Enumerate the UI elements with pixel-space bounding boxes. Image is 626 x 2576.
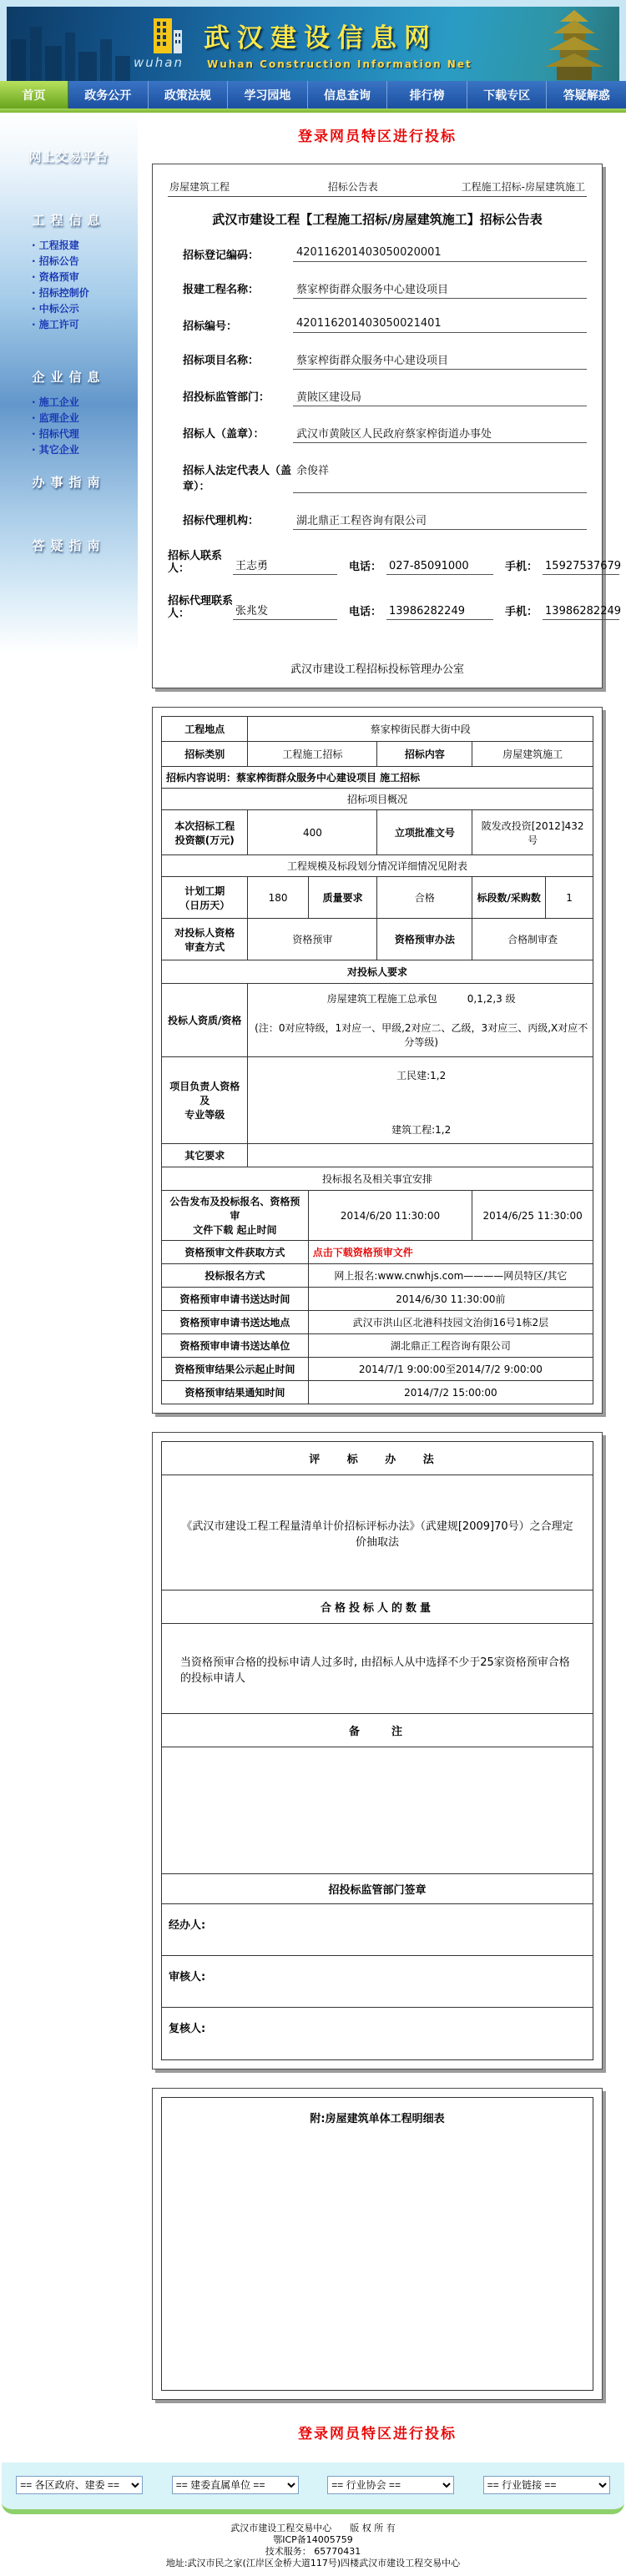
phone-label: 电话： [337,557,386,575]
pagoda-icon [535,8,614,80]
field-label: 招标项目名称： [168,351,293,370]
qualification-line2: (注：0对应特级，1对应一、甲级,2对应二、乙级，3对应三、丙级,X对应不分等级… [254,1021,588,1049]
attachment-area: 附:房屋建筑单体工程明细表 [161,2097,593,2391]
form-corner-center: 招标公告表 [291,179,413,194]
quality-requirement: 合格 [377,877,472,919]
section-header-qualified-bidder-count: 合格投标人的数量 [162,1590,593,1624]
project-manager-qualification-cell: 工民建:1,2 建筑工程:1,2 [248,1057,593,1144]
field-label: 招标人法定代表人（盖章）： [168,461,293,493]
handler-sign-row: 经办人: [162,1904,593,1956]
table-row: 对投标人要求 [162,960,593,984]
scale-section-note: 工程规模及标段划分情况详细情况见附表 [162,855,593,877]
table-row: 招标类别 工程施工招标 招标内容 房屋建筑施工 [162,742,593,767]
sidebar-item-bid-announcement[interactable]: · 招标公告 [32,254,89,270]
site-banner: wuhan 武汉建设信息网 Wuhan Construction Informa… [7,7,619,81]
remarks-cell [162,1747,593,1874]
project-registered-name: 蔡家榨街群众服务中心建设项目 [293,280,587,299]
row-label: 资格预审申请书送达地点 [162,1311,309,1334]
page: wuhan 武汉建设信息网 Wuhan Construction Informa… [0,0,626,2576]
sidebar-item-prequalification[interactable]: · 资格预审 [32,270,89,285]
row-label: 资格预审申请书送达单位 [162,1334,309,1358]
field-label: 招标人（盖章）： [168,425,293,443]
field-row: 招标人（盖章）：武汉市黄陂区人民政府蔡家榨街道办事处 [168,425,587,443]
announcement-start-time: 2014/6/20 11:30:00 [308,1191,472,1241]
login-member-zone-link-top[interactable]: 登录网员特区进行投标 [152,124,603,145]
main-nav: 首页 政务公开 政策法规 学习园地 信息查询 排行榜 下载专区 答疑解惑 [0,81,626,108]
form-corner-left: 房屋建筑工程 [169,179,291,194]
bid-number: 420116201403050021401 [293,317,587,333]
copyright-line: 武汉市建设工程交易中心 版 权 所 有 [0,2523,626,2534]
field-row: 招标人法定代表人（盖章）：余俊祥 [168,461,587,493]
attachment-title: 附:房屋建筑单体工程明细表 [162,2098,593,2125]
nav-item-policy[interactable]: 政策法规 [149,81,229,108]
agency-contact-row: 招标代理联系人： 张兆发 电话： 13986282249 手机： 1398628… [168,595,587,620]
row-label: 立项批准文号 [377,810,472,855]
table-row: 本次招标工程 投资额(万元) 400 立项批准文号 陂发改投资[2012]432… [162,810,593,855]
table-row: 计划工期 （日历天） 180 质量要求 合格 标段数/采购数 1 [162,877,593,919]
sidebar-section-faq-guide: 答疑指南 [0,537,138,554]
tenderer-contact-mobile: 15927537679 [543,560,619,575]
nav-item-faq[interactable]: 答疑解惑 [547,81,626,108]
attachment-box: 附:房屋建筑单体工程明细表 [152,2088,603,2400]
sidebar-item-other-enterprise[interactable]: · 其它企业 [32,442,79,458]
bid-agency-name: 湖北鼎正工程咨询有限公司 [293,512,587,530]
content-area: 网上交易平台 工程信息 · 工程报建 · 招标公告 · 资格预审 · 招标控制价… [0,113,626,2442]
table-row: 投标人资质/资格 房屋建筑工程施工总承包 0,1,2,3 级 (注：0对应特级，… [162,984,593,1057]
tenderer-name: 武汉市黄陂区人民政府蔡家榨街道办事处 [293,425,587,443]
issuing-office: 武汉市建设工程招标投标管理办公室 [168,660,587,676]
nav-item-learning[interactable]: 学习园地 [228,81,308,108]
table-row: 招标内容说明：蔡家榨街群众服务中心建设项目 施工招标 [162,767,593,789]
table-row: 项目负责人资格及 专业等级 工民建:1,2 建筑工程:1,2 [162,1057,593,1144]
form-corner-right: 工程施工招标-房屋建筑施工 [414,179,585,194]
bid-content-description: 招标内容说明：蔡家榨街群众服务中心建设项目 施工招标 [162,767,593,789]
bid-registration-code: 420116201403050020001 [293,246,587,262]
row-label: 本次招标工程 投资额(万元) [162,810,248,855]
pm-qualification-line1: 工民建:1,2 [254,1068,588,1082]
building-logo-icon [149,15,185,57]
bid-announcement-form: 房屋建筑工程 招标公告表 工程施工招标-房屋建筑施工 武汉市建设工程【工程施工招… [152,164,603,688]
tenderer-contact-name: 王志勇 [233,557,337,575]
qualification-line1: 房屋建筑工程施工总承包 0,1,2,3 级 [254,991,588,1006]
sidebar-item-winning-publicity[interactable]: · 中标公示 [32,301,89,317]
sidebar-links-project: · 工程报建 · 招标公告 · 资格预审 · 招标控制价 · 中标公示 · 施工… [32,238,89,333]
row-label: 其它要求 [162,1144,248,1167]
industry-association-dropdown[interactable]: == 行业协会 == [327,2476,454,2494]
sidebar-item-supervision-enterprise[interactable]: · 监理企业 [32,411,79,426]
table-row: 资格预审申请书送达单位 湖北鼎正工程咨询有限公司 [162,1334,593,1358]
field-row: 报建工程名称：蔡家榨街群众服务中心建设项目 [168,280,587,299]
row-label: 招标内容 [377,742,472,767]
agency-contact-mobile: 13986282249 [543,605,619,620]
field-row: 招标项目名称：蔡家榨街群众服务中心建设项目 [168,351,587,370]
field-label: 招标登记编码： [168,246,293,262]
project-location: 蔡家榨街民群大街中段 [248,717,593,742]
site-subtitle: Wuhan Construction Information Net [207,58,472,70]
supervision-department: 黄陂区建设局 [293,388,587,406]
tenderer-contact-row: 招标人联系人： 王志勇 电话： 027-85091000 手机： 1592753… [168,550,587,575]
agency-contact-name: 张兆发 [233,602,337,620]
prequalification-publicity-period: 2014/7/1 9:00:00至2014/7/2 9:00:00 [308,1358,593,1381]
row-label: 资格预审申请书送达时间 [162,1288,309,1311]
section-header-registration-arrangement: 投标报名及相关事宜安排 [162,1167,593,1191]
prequalification-result-notice-time: 2014/7/2 15:00:00 [308,1381,593,1404]
field-label: 招标编号： [168,317,293,333]
table-row: 资格预审申请书送达时间 2014/6/30 11:30:00前 [162,1288,593,1311]
district-gov-dropdown[interactable]: == 各区政府、建委 == [16,2476,143,2494]
field-row: 招标编号：420116201403050021401 [168,317,587,333]
row-label: 计划工期 （日历天） [162,877,248,919]
sidebar: 网上交易平台 工程信息 · 工程报建 · 招标公告 · 资格预审 · 招标控制价… [0,113,138,653]
row-label: 资格预审办法 [377,919,472,960]
sidebar-item-bid-agency[interactable]: · 招标代理 [32,426,79,442]
table-row: 公告发布及投标报名、资格预审 文件下载 起止时间 2014/6/20 11:30… [162,1191,593,1241]
nav-item-download[interactable]: 下载专区 [467,81,548,108]
qualification-review-method: 资格预审 [248,919,377,960]
prequalification-method: 合格制审查 [472,919,593,960]
main-column: 登录网员特区进行投标 房屋建筑工程 招标公告表 工程施工招标-房屋建筑施工 武汉… [152,113,603,2442]
section-count: 1 [546,877,593,919]
field-row: 招标代理机构：湖北鼎正工程咨询有限公司 [168,512,587,530]
section-header-bidder-requirements: 对投标人要求 [162,960,593,984]
supervision-department-seal-label: 招投标监管部门签章 [162,1874,593,1904]
download-prequalification-file-link[interactable]: 点击下载资格预审文件 [313,1247,413,1258]
row-label: 资格预审结果通知时间 [162,1381,309,1404]
sidebar-links-enterprise: · 施工企业 · 监理企业 · 招标代理 · 其它企业 [32,395,79,458]
row-label: 资格预审结果公示起止时间 [162,1358,309,1381]
committee-units-dropdown[interactable]: == 建委直属单位 == [172,2476,299,2494]
table-row: 工程地点 蔡家榨街民群大街中段 [162,717,593,742]
phone-label: 电话： [337,602,386,620]
table-row: 投标报名方式 网上报名:www.cnwhjs.com————网员特区/其它 [162,1264,593,1288]
form-corner-row: 房屋建筑工程 招标公告表 工程施工招标-房屋建筑施工 [168,173,587,197]
nav-item-ranking[interactable]: 排行榜 [387,81,467,108]
row-label: 资格预审文件获取方式 [162,1241,309,1264]
qualified-bidder-count-text: 当资格预审合格的投标申请人过多时, 由招标人从中选择不少于25家资格预审合格的投… [162,1624,593,1714]
agency-contact-phone: 13986282249 [386,605,493,620]
field-row: 招投标监管部门：黄陂区建设局 [168,388,587,406]
wuhan-script-logo: wuhan [134,55,184,70]
contact-label: 招标人联系人： [168,550,233,575]
banner-frame: wuhan 武汉建设信息网 Wuhan Construction Informa… [0,0,626,81]
row-label: 质量要求 [308,877,377,919]
section-header-evaluation-method: 评 标 办 法 [162,1442,593,1475]
table-row: 资格预审申请书送达地点 武汉市洪山区北港科技园文治街16号1栋2层 [162,1311,593,1334]
row-label: 标段数/采购数 [472,877,546,919]
other-requirements [248,1144,593,1167]
table-row: 投标报名及相关事宜安排 [162,1167,593,1191]
field-row: 招标登记编码：420116201403050020001 [168,246,587,262]
reviewer-sign-row: 审核人: [162,1956,593,2008]
nav-item-gov-open[interactable]: 政务公开 [68,81,149,108]
contact-label: 招标代理联系人： [168,595,233,620]
section-header-project-overview: 招标项目概况 [162,789,593,810]
nav-item-home[interactable]: 首页 [0,81,68,108]
bid-project-name: 蔡家榨街群众服务中心建设项目 [293,351,587,370]
bid-detail-table-box: 工程地点 蔡家榨街民群大街中段 招标类别 工程施工招标 招标内容 房屋建筑施工 … [152,707,603,1414]
table-row: 招标项目概况 [162,789,593,810]
section-header-remarks: 备 注 [162,1714,593,1747]
row-label: 项目负责人资格及 专业等级 [162,1057,248,1144]
mobile-label: 手机： [493,557,543,575]
row-label: 公告发布及投标报名、资格预审 文件下载 起止时间 [162,1191,309,1241]
industry-links-dropdown[interactable]: == 行业链接 == [483,2476,610,2494]
bid-detail-table: 工程地点 蔡家榨街民群大街中段 招标类别 工程施工招标 招标内容 房屋建筑施工 … [161,716,593,1404]
sidebar-section-service-guide: 办事指南 [0,473,138,491]
friendly-links-band: == 各区政府、建委 == == 建委直属单位 == == 行业协会 == ==… [2,2463,624,2514]
investment-amount: 400 [248,810,377,855]
row-label: 投标人资质/资格 [162,984,248,1057]
announcement-end-time: 2014/6/25 11:30:00 [472,1191,593,1241]
legal-representative: 余俊祥 [293,461,587,493]
bid-category: 工程施工招标 [248,742,377,767]
sidebar-platform-title: 网上交易平台 [0,148,138,165]
table-row: 对投标人资格 审查方式 资格预审 资格预审办法 合格制审查 [162,919,593,960]
field-label: 招投标监管部门： [168,388,293,406]
table-row: 资格预审文件获取方式 点击下载资格预审文件 [162,1241,593,1264]
site-footer: 武汉市建设工程交易中心 版 权 所 有 鄂ICP备14005759 技术服务： … [0,2514,626,2576]
application-delivery-unit: 湖北鼎正工程咨询有限公司 [308,1334,593,1358]
evaluation-method-table: 评 标 办 法 《武汉市建设工程工程量清单计价招标评标办法》（武建规[2009]… [161,1441,593,2060]
rechecker-sign-row: 复核人: [162,2008,593,2059]
sidebar-section-project-info: 工程信息 [0,211,138,229]
site-title: 武汉建设信息网 [204,17,437,54]
field-label: 报建工程名称： [168,280,293,299]
row-label: 招标类别 [162,742,248,767]
row-label: 工程地点 [162,717,248,742]
row-label: 投标报名方式 [162,1264,309,1288]
address-line: 地址:武汉市民之家(江岸区金桥大道117号)四楼武汉市建设工程交易中心 [0,2558,626,2569]
sidebar-item-bid-control-price[interactable]: · 招标控制价 [32,285,89,301]
table-row: 工程规模及标段划分情况详细情况见附表 [162,855,593,877]
application-delivery-time: 2014/6/30 11:30:00前 [308,1288,593,1311]
icp-line: 鄂ICP备14005759 [0,2534,626,2546]
bidder-qualification-cell: 房屋建筑工程施工总承包 0,1,2,3 级 (注：0对应特级，1对应一、甲级,2… [248,984,593,1057]
field-label: 招标代理机构： [168,512,293,530]
pm-qualification-line2: 建筑工程:1,2 [254,1122,588,1137]
tenderer-contact-phone: 027-85091000 [386,560,493,575]
online-registration-method[interactable]: 网上报名:www.cnwhjs.com————网员特区/其它 [308,1264,593,1288]
form-title: 武汉市建设工程【工程施工招标/房屋建筑施工】招标公告表 [168,210,587,228]
nav-item-info-query[interactable]: 信息查询 [308,81,388,108]
table-row: 其它要求 [162,1144,593,1167]
table-row: 资格预审结果通知时间 2014/7/2 15:00:00 [162,1381,593,1404]
login-member-zone-link-bottom[interactable]: 登录网员特区进行投标 [152,2422,603,2442]
row-label: 对投标人资格 审查方式 [162,919,248,960]
bid-content: 房屋建筑施工 [472,742,593,767]
table-row: 资格预审结果公示起止时间 2014/7/1 9:00:00至2014/7/2 9… [162,1358,593,1381]
tech-service-line: 技术服务： 65770431 [0,2546,626,2558]
mobile-label: 手机： [493,602,543,620]
evaluation-method-box: 评 标 办 法 《武汉市建设工程工程量清单计价招标评标办法》（武建规[2009]… [152,1432,603,2069]
approval-document-number: 陂发改投资[2012]432号 [472,810,593,855]
sidebar-section-enterprise-info: 企业信息 [0,368,138,386]
planned-duration: 180 [248,877,308,919]
application-delivery-place: 武汉市洪山区北港科技园文治街16号1栋2层 [308,1311,593,1334]
sidebar-item-construction-enterprise[interactable]: · 施工企业 [32,395,79,411]
sidebar-item-project-register[interactable]: · 工程报建 [32,238,89,254]
sidebar-item-construction-permit[interactable]: · 施工许可 [32,317,89,333]
evaluation-method-text: 《武汉市建设工程工程量清单计价招标评标办法》（武建规[2009]70号）之合理定… [162,1475,593,1590]
